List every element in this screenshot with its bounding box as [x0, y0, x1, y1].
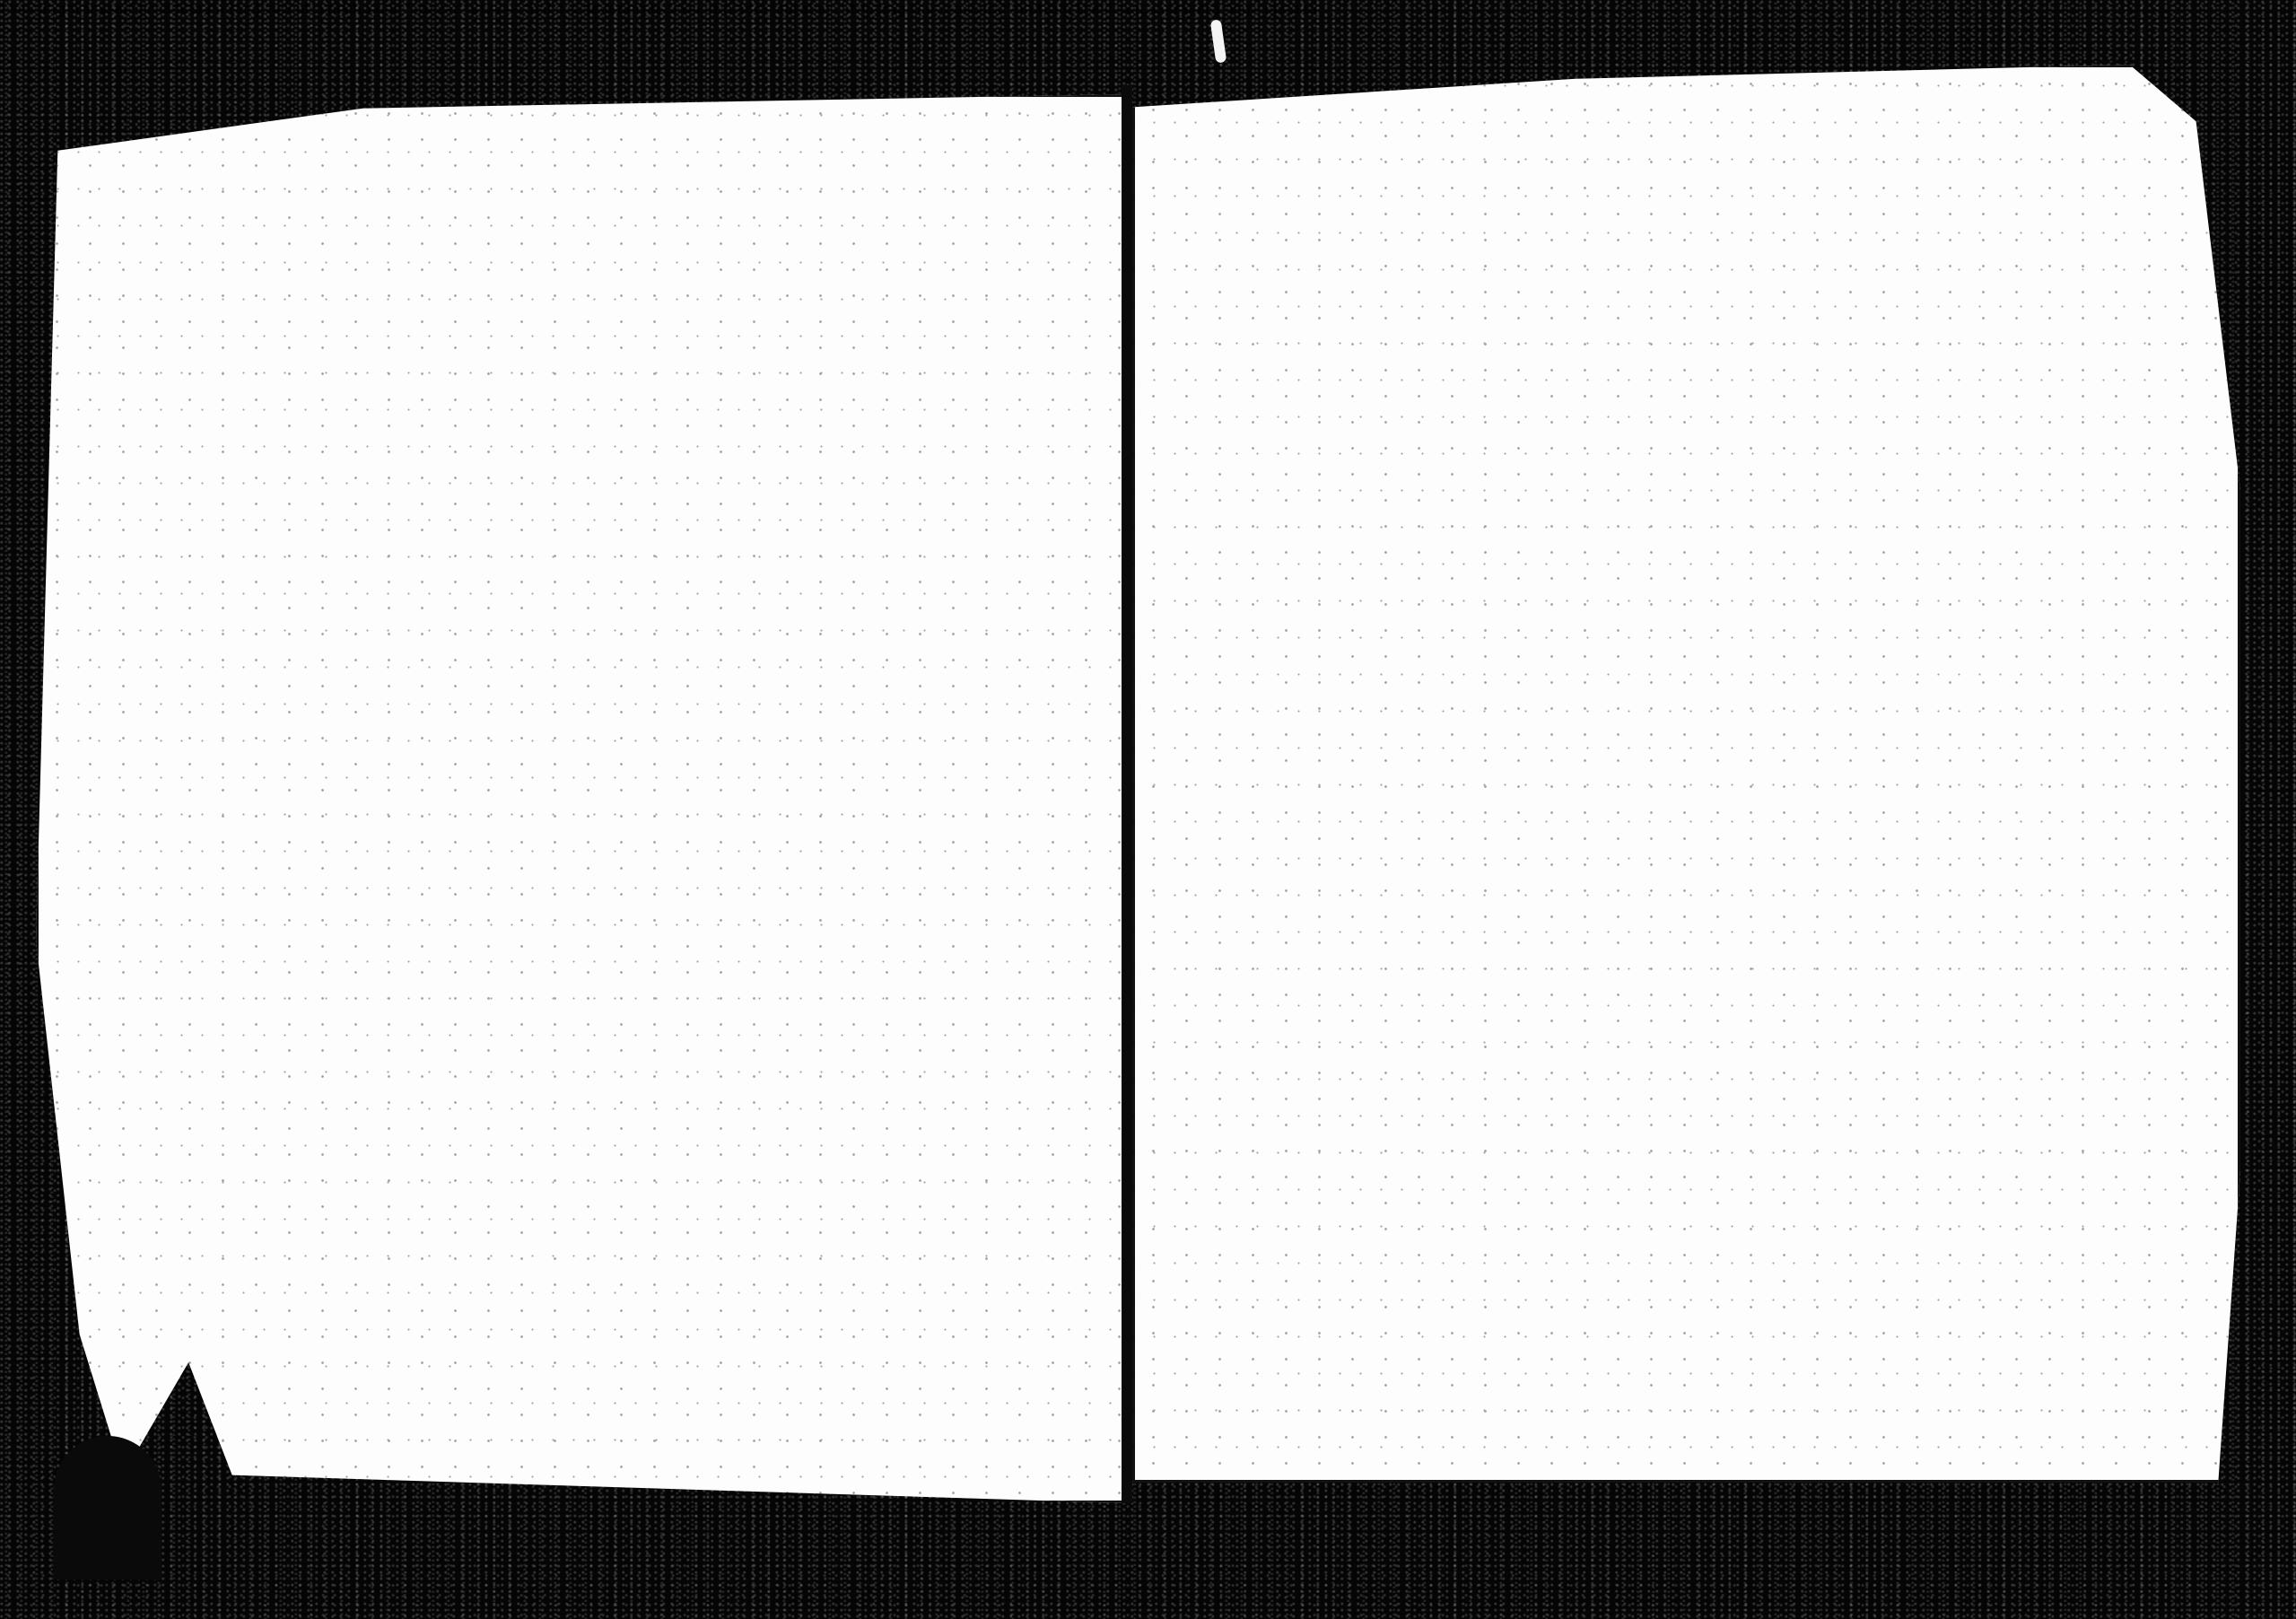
book-spine	[1122, 85, 1132, 1503]
page-corner-shadow	[54, 1436, 162, 1580]
left-page	[36, 94, 1126, 1503]
right-page	[1132, 65, 2240, 1483]
scan-mark	[1210, 19, 1227, 63]
